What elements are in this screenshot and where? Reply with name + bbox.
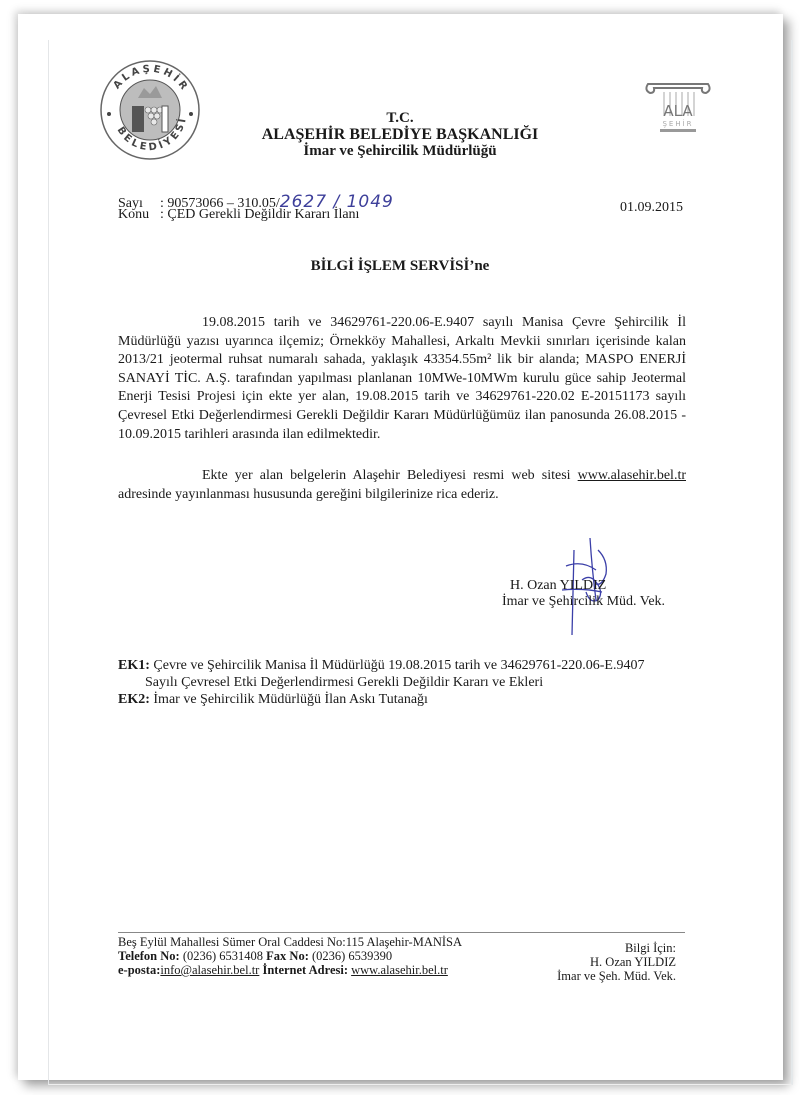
email-label: e-posta:	[118, 963, 160, 977]
paragraph-2-text-b: adresinde yayınlanması hususunda gereğin…	[118, 487, 499, 502]
document-page	[18, 14, 783, 1080]
attachment-1-continuation: Sayılı Çevresel Etki Değerlendirmesi Ger…	[145, 674, 543, 691]
addressee: BİLGİ İŞLEM SERVİSİ’ne	[100, 258, 700, 275]
signatory-title: İmar ve Şehircilik Müd. Vek.	[502, 594, 665, 610]
konu-label: Konu	[118, 207, 160, 223]
svg-text:ALA: ALA	[663, 102, 693, 120]
konu-value: : ÇED Gerekli Değildir Kararı İlanı	[160, 207, 359, 222]
web-label: İnternet Adresi:	[259, 963, 348, 977]
body-paragraph-2: Ekte yer alan belgelerin Alaşehir Beledi…	[118, 467, 686, 504]
footer-phone-fax: Telefon No: (0236) 6531408 Fax No: (0236…	[118, 949, 392, 963]
info-name: H. Ozan YILDIZ	[590, 955, 676, 969]
footer-divider	[118, 932, 685, 933]
signatory-name: H. Ozan YILDIZ	[510, 578, 606, 594]
fax-label: Fax No:	[266, 949, 309, 963]
attachment-2: EK2: İmar ve Şehircilik Müdürlüğü İlan A…	[118, 691, 428, 708]
attachment-1: EK1: Çevre ve Şehircilik Manisa İl Müdür…	[118, 657, 644, 674]
column-capital-logo-icon: ALA ŞEHİR	[642, 76, 714, 136]
document-date: 01.09.2015	[620, 200, 683, 216]
attachment-1-label: EK1:	[118, 658, 150, 673]
paragraph-2-text-a: Ekte yer alan belgelerin Alaşehir Beledi…	[202, 468, 578, 483]
info-title: İmar ve Şeh. Müd. Vek.	[557, 969, 676, 983]
body-paragraph-1: 19.08.2015 tarih ve 34629761-220.06-E.94…	[118, 314, 686, 444]
attachment-2-text: İmar ve Şehircilik Müdürlüğü İlan Askı T…	[153, 692, 428, 707]
fax-value: (0236) 6539390	[309, 949, 392, 963]
attachment-2-label: EK2:	[118, 692, 150, 707]
municipality-seal-icon: ALAŞEHİR BELEDİYESİ	[98, 58, 202, 162]
footer-address: Beş Eylül Mahallesi Sümer Oral Caddesi N…	[118, 935, 462, 949]
footer-contact: e-posta:info@alasehir.bel.tr İnternet Ad…	[118, 963, 448, 977]
phone-value: (0236) 6531408	[180, 949, 266, 963]
footer-website-link[interactable]: www.alasehir.bel.tr	[351, 963, 448, 977]
header-department: İmar ve Şehircilik Müdürlüğü	[200, 143, 600, 160]
header-tc: T.C.	[200, 110, 600, 127]
konu-row: Konu: ÇED Gerekli Değildir Kararı İlanı	[118, 207, 359, 223]
svg-text:ŞEHİR: ŞEHİR	[662, 119, 693, 128]
attachment-1-text: Çevre ve Şehircilik Manisa İl Müdürlüğü …	[153, 658, 644, 673]
email-link[interactable]: info@alasehir.bel.tr	[160, 963, 259, 977]
website-link[interactable]: www.alasehir.bel.tr	[578, 468, 686, 483]
phone-label: Telefon No:	[118, 949, 180, 963]
header-institution: ALAŞEHİR BELEDİYE BAŞKANLIĞI	[200, 126, 600, 144]
info-label: Bilgi İçin:	[625, 941, 676, 955]
